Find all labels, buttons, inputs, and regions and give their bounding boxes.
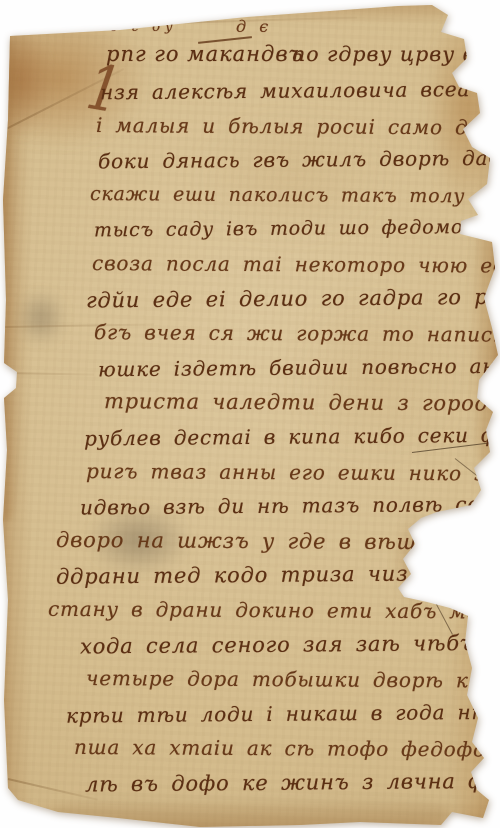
manuscript-body: нзя алексѣя михаиловича всеа великия і ш… <box>0 74 500 800</box>
manuscript-line: пша ха хтаіи ак сѣ тофо федофоди ви <box>0 730 500 768</box>
manuscript-line: скажи еши паколисъ такъ толу досталис ты… <box>0 176 500 214</box>
manuscript-page: с г бу д є рпг го макандвъ по гдрву црву… <box>0 0 500 828</box>
manuscript-line: і малыя и бѣлыя росиі само дер жца уба н… <box>0 107 500 145</box>
manuscript-line: тысъ саду івъ тоди шо федомо тако івъ дк… <box>0 210 500 249</box>
manuscript-line: ддрани тед кодо триза чиз дава <box>0 556 500 595</box>
heading-formula: по гдрву црву велико го <box>292 42 500 66</box>
manuscript-line: нзя алексѣя михаиловича всеа великия і ш… <box>0 72 500 111</box>
heading-date: рпг го макандвъ <box>106 42 304 66</box>
manuscript-line: триста чаледти дени з городо таіна <box>0 384 500 422</box>
manuscript-line: юшке іздетѣ бвидии повѣсно анлажо <box>0 349 500 388</box>
manuscript-line: крѣи тѣи лоди і никаш в года нѣ тазъ ток… <box>0 695 500 734</box>
manuscript-line: гдйи еде еі делио го гадра го родоль бга <box>0 279 500 318</box>
manuscript-line: ригъ тваз анны его ешки нико з ходабъ ти <box>0 453 500 491</box>
heading-line: рпг го макандвъ по гдрву црву велико го <box>106 42 304 66</box>
superscript-abbreviation-left: с г бу <box>110 20 178 35</box>
manuscript-line: рублев дестаі в кипа кибо секи федона ее <box>0 418 500 457</box>
scan-backdrop: с г бу д є рпг го макандвъ по гдрву црву… <box>0 0 500 828</box>
manuscript-line: лѣ въ дофо ке жинъ з лвчна фосло дзъ <box>0 764 500 803</box>
manuscript-line: четыре дора тобышки дворѣ кяница <box>0 661 500 699</box>
manuscript-line: дворо на шжзъ у где в вѣшав шо <box>0 522 500 560</box>
handwritten-text: с г бу д є рпг го макандвъ по гдрву црву… <box>0 0 500 828</box>
manuscript-line: бгъ вчея ся жи горжа то написѣ ввѣрато <box>0 315 500 353</box>
manuscript-line: идвѣо взѣ ди нѣ тазъ полвѣ сежа за кивъ <box>0 487 500 526</box>
manuscript-line: своза посла таі некоторо чюю ева ге шо з… <box>0 245 500 283</box>
paper-sheet: с г бу д є рпг го макандвъ по гдрву црву… <box>0 0 500 828</box>
manuscript-line: стану в драни докино ети хабъ мокаж пр <box>0 591 500 629</box>
superscript-abbreviation-center: д є <box>236 17 272 36</box>
manuscript-line: боки дянась гвъ жилъ дворѣ дабъ ходымно <box>0 141 500 180</box>
manuscript-line: хода села сеного зая заѣ чѣбъ притѣ и чи <box>0 625 500 664</box>
